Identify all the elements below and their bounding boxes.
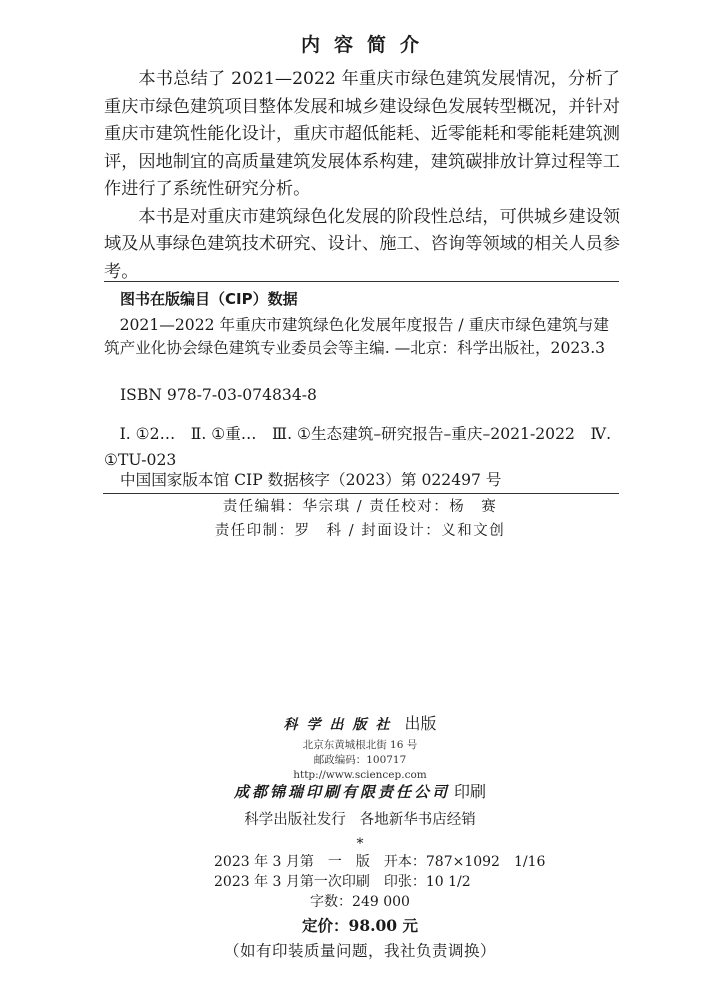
price: 定价：98.00 元 <box>0 915 720 937</box>
cip-record: 2021—2022 年重庆市建筑绿色化发展年度报告 / 重庆市绿色建筑与建筑产业… <box>104 314 620 360</box>
cip-heading: 图书在版编目（CIP）数据 <box>120 289 298 309</box>
cip-record-text: 2021—2022 年重庆市建筑绿色化发展年度报告 / 重庆市绿色建筑与建筑产业… <box>104 314 620 360</box>
printer-suffix: 印刷 <box>454 782 486 801</box>
edition-info: 2023 年 3 月第 一 版 开本：787×1092 1/16 <box>0 852 720 872</box>
distribution-publisher: 科学出版社发行 <box>244 812 346 828</box>
edition-block: 2023 年 3 月第 一 版 开本：787×1092 1/16 2023 年 … <box>0 852 720 912</box>
printer-name: 成都锦瑞印刷有限责任公司 <box>234 783 450 801</box>
credits-editors: 责任编辑：华宗琪 / 责任校对：杨 赛 <box>0 496 720 518</box>
intro-paragraph-2: 本书是对重庆市建筑绿色化发展的阶段性总结，可供城乡建设领域及从事绿色建筑技术研究… <box>104 204 620 287</box>
cip-classification-text: Ⅰ. ①2… Ⅱ. ①重… Ⅲ. ①生态建筑–研究报告–重庆–2021-2022… <box>104 421 620 473</box>
intro-title: 内容简介 <box>0 30 720 57</box>
distribution-retail: 各地新华书店经销 <box>360 812 476 828</box>
publisher-name: 科学出版社 <box>283 717 398 733</box>
word-count: 字数：249 000 <box>0 892 720 912</box>
quality-notice: （如有印装质量问题，我社负责调换） <box>0 940 720 962</box>
intro-paragraph-1: 本书总结了 2021—2022 年重庆市绿色建筑发展情况，分析了重庆市绿色建筑项… <box>104 66 620 204</box>
separator-star: * <box>0 836 720 852</box>
credits-production: 责任印制：罗 科 / 封面设计：义和文创 <box>0 520 720 542</box>
cip-classification: Ⅰ. ①2… Ⅱ. ①重… Ⅲ. ①生态建筑–研究报告–重庆–2021-2022… <box>104 421 620 473</box>
cip-number: 中国国家版本馆 CIP 数据核字（2023）第 022497 号 <box>120 469 502 491</box>
intro-body: 本书总结了 2021—2022 年重庆市绿色建筑发展情况，分析了重庆市绿色建筑项… <box>104 66 620 286</box>
printer-line: 成都锦瑞印刷有限责任公司印刷 <box>0 781 720 803</box>
distribution-line: 科学出版社发行各地新华书店经销 <box>0 810 720 830</box>
publisher-address: 北京东黄城根北街 16 号 <box>0 738 720 753</box>
isbn: ISBN 978-7-03-074834-8 <box>120 384 317 406</box>
publisher-suffix: 出版 <box>404 714 436 733</box>
publisher-postcode: 邮政编码：100717 <box>0 753 720 768</box>
cip-top-rule <box>104 281 619 282</box>
printing-info: 2023 年 3 月第一次印刷 印张：10 1/2 <box>0 872 720 892</box>
publisher-line: 科学出版社出版 <box>0 713 720 736</box>
cip-bottom-rule <box>103 493 619 494</box>
